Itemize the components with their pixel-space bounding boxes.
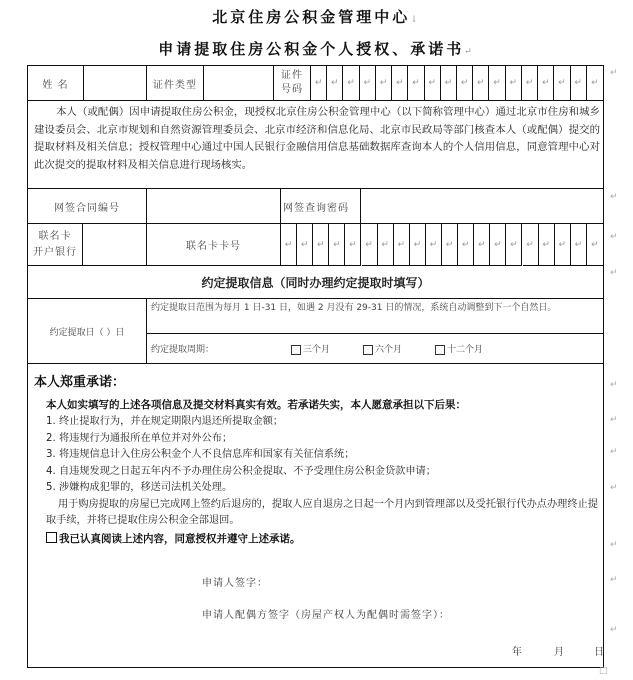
contract-no-field[interactable] xyxy=(147,189,281,224)
digit-cell[interactable]: ↵ xyxy=(362,224,378,266)
digit-cell[interactable]: ↵ xyxy=(327,66,343,101)
digit-cell[interactable]: ↵ xyxy=(378,224,394,266)
digit-cell[interactable]: ↵ xyxy=(426,224,442,266)
agreed-day-label: 约定提取日（ ）日 xyxy=(50,325,125,338)
digit-cell[interactable]: ↵ xyxy=(522,66,538,101)
id-number-label-cell: 证件 号码 xyxy=(274,66,311,101)
digit-cell[interactable]: ↵ xyxy=(571,66,587,101)
contract-no-label-cell: 网签合同编号 xyxy=(28,189,147,224)
org-title: 北京住房公积金管理中心↓ xyxy=(0,6,633,27)
form-title: 申请提取住房公积金个人授权、承诺书↵ xyxy=(0,38,633,59)
digit-cell[interactable]: ↵ xyxy=(329,224,345,266)
card-no-label-cell: 联名卡卡号 xyxy=(147,224,281,266)
promise-item: 1. 终止提取行为，并在规定期限内退还所提取金额； xyxy=(34,414,603,431)
paragraph-mark-icon: ↵ xyxy=(610,192,618,202)
digit-cell[interactable]: ↵ xyxy=(473,66,489,101)
agreed-day-note-cell: 约定提取日范围为每月 1 日-31 日，如遇 2 月没有 29-31 日的情况，… xyxy=(147,299,603,334)
id-type-field[interactable] xyxy=(204,66,274,101)
authorization-paragraph: 本人（或配偶）因申请提取住房公积金，现授权北京住房公积金管理中心（以下简称管理中… xyxy=(28,101,603,189)
end-of-cell-icon: □ xyxy=(599,666,608,676)
date-day-label: 日 xyxy=(594,643,605,658)
digit-cell[interactable]: ↵ xyxy=(394,224,410,266)
paragraph-mark-icon: ↵ xyxy=(610,68,618,78)
date-month-label: 月 xyxy=(554,643,565,658)
cycle-option-12-months[interactable]: 十二个月 xyxy=(435,342,515,355)
digit-cell[interactable]: ↵ xyxy=(555,224,571,266)
agree-checkbox-row[interactable]: 我已认真阅读上述内容，同意授权并遵守上述承诺。 xyxy=(34,530,603,548)
paragraph-mark-icon: ↵ xyxy=(610,540,618,550)
paragraph-mark-icon: ↵ xyxy=(610,232,618,242)
paragraph-mark-icon: ↵ xyxy=(610,380,618,390)
card-number-cells: ↵↵↵↵↵↵↵↵↵↵↵↵↵↵↵↵↵↵↵↵ xyxy=(281,224,603,266)
checkbox-icon[interactable] xyxy=(291,345,301,355)
digit-cell[interactable]: ↵ xyxy=(441,66,457,101)
digit-cell[interactable]: ↵ xyxy=(392,66,408,101)
form-table: 姓 名 证件类型 证件 号码 ↵↵↵↵↵↵↵↵↵↵↵↵↵↵↵↵↵↵ 本人（或配偶… xyxy=(27,65,604,668)
promise-intro: 本人如实填写的上述各项信息及提交材料真实有效。若承诺失实，本人愿意承担以下后果： xyxy=(34,397,603,414)
digit-cell[interactable]: ↵ xyxy=(554,66,570,101)
name-label-cell: 姓 名 xyxy=(28,66,84,101)
promise-item: 4. 自违规发现之日起五年内不予办理住房公积金提取、不予受理住房公积金贷款申请； xyxy=(34,464,603,481)
digit-cell[interactable]: ↵ xyxy=(587,66,603,101)
promise-item: 3. 将违规信息计入住房公积金个人不良信息库和国家有关征信系统； xyxy=(34,447,603,464)
digit-cell[interactable]: ↵ xyxy=(538,66,554,101)
applicant-signature-label: 申请人签字： xyxy=(202,574,268,589)
paragraph-mark-icon: ↵ xyxy=(610,268,618,278)
agreed-cycle-cell: 约定提取周期： 三个月 六个月 十二个月 xyxy=(147,334,603,364)
digit-cell[interactable]: ↵ xyxy=(360,66,376,101)
digit-cell[interactable]: ↵ xyxy=(489,66,505,101)
query-pwd-label-cell: 网签查询密码 xyxy=(281,189,361,224)
agree-checkbox-icon[interactable] xyxy=(46,532,57,543)
cycle-option-3-months[interactable]: 三个月 xyxy=(291,342,363,355)
digit-cell[interactable]: ↵ xyxy=(523,224,539,266)
promise-item: 5. 涉嫌构成犯罪的，移送司法机关处理。 xyxy=(34,480,603,497)
digit-cell[interactable]: ↵ xyxy=(506,66,522,101)
digit-cell[interactable]: ↵ xyxy=(490,224,506,266)
date-year-label: 年 xyxy=(512,643,523,658)
digit-cell[interactable]: ↵ xyxy=(343,66,359,101)
digit-cell[interactable]: ↵ xyxy=(297,224,313,266)
paragraph-mark-icon: ↵ xyxy=(610,415,618,425)
id-type-label: 证件类型 xyxy=(153,76,197,91)
name-field[interactable] xyxy=(84,66,147,101)
cycle-option-6-months[interactable]: 六个月 xyxy=(363,342,435,355)
query-pwd-field[interactable] xyxy=(361,189,603,224)
name-label: 姓 名 xyxy=(42,76,68,91)
checkbox-icon[interactable] xyxy=(435,345,445,355)
digit-cell[interactable]: ↵ xyxy=(458,224,474,266)
promise-section: 本人郑重承诺： 本人如实填写的上述各项信息及提交材料真实有效。若承诺失实，本人愿… xyxy=(28,365,603,667)
digit-cell[interactable]: ↵ xyxy=(442,224,458,266)
promise-item: 2. 将违规行为通报所在单位并对外公布； xyxy=(34,431,603,448)
bank-label-cell: 联名卡 开户银行 xyxy=(28,224,83,266)
digit-cell[interactable]: ↵ xyxy=(408,66,424,101)
digit-cell[interactable]: ↵ xyxy=(457,66,473,101)
digit-cell[interactable]: ↵ xyxy=(313,224,329,266)
promise-heading: 本人郑重承诺： xyxy=(34,371,603,390)
digit-cell[interactable]: ↵ xyxy=(345,224,361,266)
digit-cell[interactable]: ↵ xyxy=(539,224,555,266)
spouse-signature-label: 申请人配偶方签字（房屋产权人为配偶时需签字）： xyxy=(202,606,450,621)
agreed-withdrawal-header: 约定提取信息（同时办理约定提取时填写） xyxy=(28,266,603,299)
digit-cell[interactable]: ↵ xyxy=(474,224,490,266)
refund-note: 用于购房提取的房屋已完成网上签约后退房的，提取人应自退房之日起一个月内到管理部以… xyxy=(34,497,603,530)
paragraph-mark-icon: ↵ xyxy=(610,483,618,493)
digit-cell[interactable]: ↵ xyxy=(376,66,392,101)
digit-cell[interactable]: ↵ xyxy=(587,224,603,266)
digit-cell[interactable]: ↵ xyxy=(410,224,426,266)
checkbox-icon[interactable] xyxy=(363,345,373,355)
digit-cell[interactable]: ↵ xyxy=(571,224,587,266)
id-number-cells: ↵↵↵↵↵↵↵↵↵↵↵↵↵↵↵↵↵↵ xyxy=(311,66,603,101)
digit-cell[interactable]: ↵ xyxy=(281,224,297,266)
digit-cell[interactable]: ↵ xyxy=(425,66,441,101)
paragraph-mark-icon: ↵ xyxy=(610,625,618,635)
id-type-label-cell: 证件类型 xyxy=(147,66,204,101)
paragraph-mark-icon: ↵ xyxy=(610,575,618,585)
digit-cell[interactable]: ↵ xyxy=(506,224,522,266)
paragraph-mark-icon: ↵ xyxy=(610,447,618,457)
agreed-day-label-cell[interactable]: 约定提取日（ ）日 xyxy=(28,299,147,364)
digit-cell[interactable]: ↵ xyxy=(311,66,327,101)
bank-field[interactable] xyxy=(83,224,147,266)
